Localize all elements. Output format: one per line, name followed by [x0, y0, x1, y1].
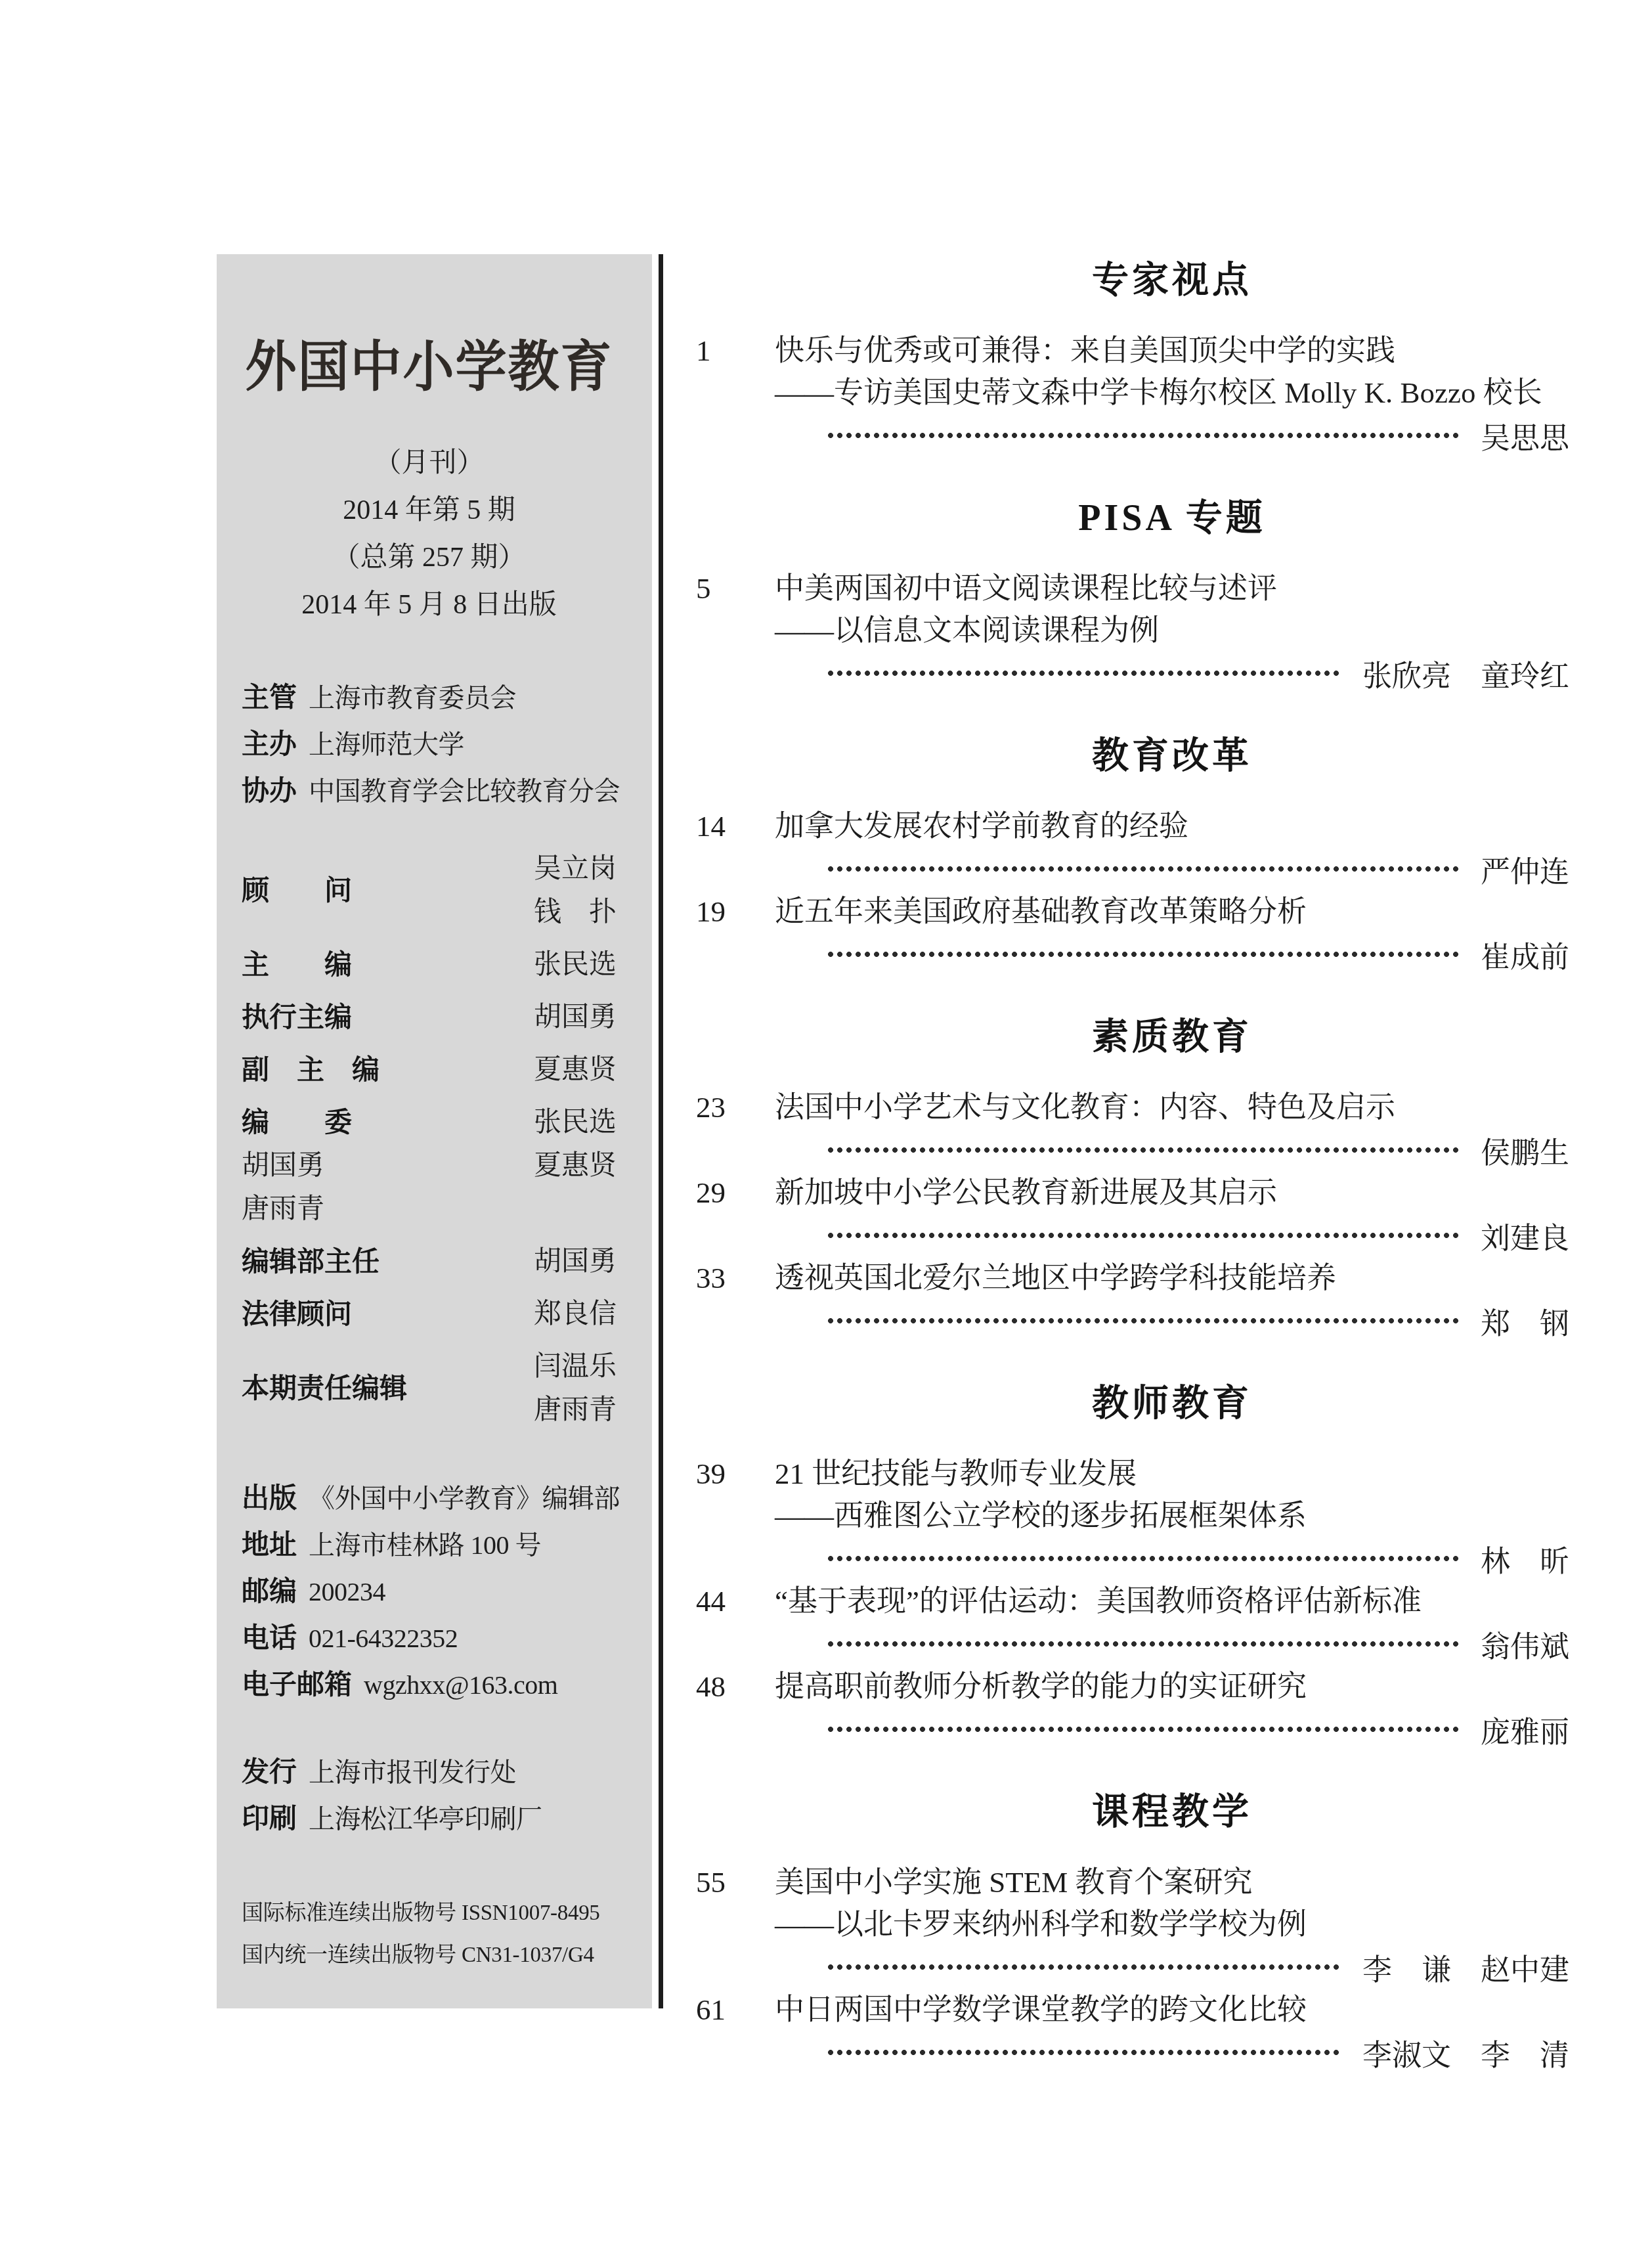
staff-name: 郑良信	[534, 1293, 617, 1336]
info-row: 主管上海市教育委员会	[242, 675, 617, 721]
toc-entry: 29新加坡中小学公民教育新进展及其启示刘建良	[696, 1172, 1569, 1257]
info-row: 电子邮箱wgzhxx@163.com	[242, 1662, 617, 1708]
toc-entry-authors: 崔成前	[1481, 933, 1569, 976]
journal-info-sidebar: 外国中小学教育 （月刊）2014 年第 5 期（总第 257 期）2014 年 …	[217, 254, 652, 2008]
toc-entry: 3921 世纪技能与教师专业发展——西雅图公立学校的逐步拓展框架体系林 昕	[696, 1453, 1569, 1580]
toc-entry: 33透视英国北爱尔兰地区中学跨学科技能培养郑 钢	[696, 1257, 1569, 1342]
toc-page-number: 5	[696, 567, 775, 695]
staff-label-column: 编 委胡国勇唐雨青	[242, 1101, 352, 1231]
toc-leader-row: 李淑文 李 清	[775, 2031, 1569, 2074]
staff-names-column: 胡国勇	[534, 1240, 617, 1283]
staff-names-column: 夏惠贤	[534, 1048, 617, 1092]
staff-row: 顾 问吴立岗钱 扑	[242, 847, 617, 934]
staff-row: 主 编张民选	[242, 943, 617, 986]
staff-role-label: 本期责任编辑	[242, 1367, 407, 1410]
dotted-leader	[826, 432, 1461, 439]
toc-section-title: 教育改革	[696, 733, 1569, 779]
toc-page-number: 61	[696, 1989, 775, 2074]
toc-entry-title-line: 美国中小学实施 STEM 教育个案研究	[775, 1861, 1569, 1903]
staff-label-column: 主 编	[242, 943, 352, 986]
issue-info-line: 2014 年 5 月 8 日出版	[242, 581, 617, 629]
toc-section-title: 课程教学	[696, 1789, 1569, 1835]
staff-name: 胡国勇	[534, 996, 617, 1039]
toc-entry-title-line: ——以北卡罗来纳州科学和数学学校为例	[775, 1903, 1569, 1945]
toc-entry-authors: 严仲连	[1481, 848, 1569, 891]
toc-page-number: 29	[696, 1172, 775, 1257]
toc-entry-title-line: 提高职前教师分析教学的能力的实证研究	[775, 1666, 1569, 1708]
toc-entry-body: “基于表现”的评估运动：美国教师资格评估新标准翁伟斌	[775, 1580, 1569, 1666]
serial-number-block: 国际标准连续出版物号 ISSN1007-8495国内统一连续出版物号 CN31-…	[242, 1892, 617, 1976]
toc-page-number: 55	[696, 1861, 775, 1989]
staff-role-label: 法律顾问	[242, 1293, 352, 1336]
staff-role-label: 副 主 编	[242, 1048, 380, 1092]
toc-entry-authors: 吴思思	[1481, 414, 1569, 457]
staff-role-label: 执行主编	[242, 996, 352, 1039]
toc-entry-title-line: 快乐与优秀或可兼得：来自美国顶尖中学的实践	[775, 330, 1569, 372]
toc-entry-authors: 林 昕	[1481, 1538, 1569, 1580]
toc-entry-body: 加拿大发展农村学前教育的经验严仲连	[775, 805, 1569, 891]
toc-entry-title-line: 法国中小学艺术与文化教育：内容、特色及启示	[775, 1086, 1569, 1128]
toc-section: 课程教学55美国中小学实施 STEM 教育个案研究——以北卡罗来纳州科学和数学学…	[696, 1789, 1569, 2074]
toc-leader-row: 张欣亮 童玲红	[775, 652, 1569, 695]
staff-row: 执行主编胡国勇	[242, 996, 617, 1039]
staff-name: 闫温乐	[534, 1345, 617, 1388]
toc-entry-body: 透视英国北爱尔兰地区中学跨学科技能培养郑 钢	[775, 1257, 1569, 1342]
toc-section-title: PISA 专题	[696, 495, 1569, 541]
issue-info-line: （总第 257 期）	[242, 534, 617, 581]
dotted-leader	[826, 1555, 1461, 1562]
dotted-leader	[826, 670, 1343, 676]
toc-entry-authors: 李 谦 赵中建	[1362, 1946, 1569, 1989]
toc-leader-row: 崔成前	[775, 933, 1569, 976]
toc-entry-title-line: 近五年来美国政府基础教育改革策略分析	[775, 891, 1569, 933]
info-row: 出版《外国中小学教育》编辑部	[242, 1475, 617, 1522]
toc-entry-title-line: 新加坡中小学公民教育新进展及其启示	[775, 1172, 1569, 1214]
toc-entry-body: 新加坡中小学公民教育新进展及其启示刘建良	[775, 1172, 1569, 1257]
toc-entry-body: 提高职前教师分析教学的能力的实证研究庞雅丽	[775, 1666, 1569, 1751]
toc-section: 专家视点1快乐与优秀或可兼得：来自美国顶尖中学的实践——专访美国史蒂文森中学卡梅…	[696, 257, 1569, 457]
dotted-leader	[826, 1232, 1461, 1239]
staff-row: 法律顾问郑良信	[242, 1293, 617, 1336]
info-value: 021-64322352	[309, 1616, 458, 1662]
issue-info-line: 2014 年第 5 期	[242, 487, 617, 534]
toc-entry-title-line: 透视英国北爱尔兰地区中学跨学科技能培养	[775, 1257, 1569, 1299]
staff-names-column: 张民选夏惠贤	[534, 1101, 617, 1187]
staff-name: 唐雨青	[534, 1388, 617, 1432]
toc-entry-title-line: ——以信息文本阅读课程为例	[775, 609, 1569, 652]
toc-section-title: 专家视点	[696, 257, 1569, 303]
toc-page-number: 44	[696, 1580, 775, 1666]
journal-title-calligraphy: 外国中小学教育	[242, 324, 617, 402]
journal-toc-page: { "page": {"background": "#ffffff", "sid…	[0, 0, 1652, 2258]
toc-leader-row: 刘建良	[775, 1214, 1569, 1257]
dotted-leader	[826, 866, 1461, 872]
distribution-print-block: 发行上海市报刊发行处印刷上海松江华亭印刷厂	[242, 1749, 617, 1842]
toc-entry: 44“基于表现”的评估运动：美国教师资格评估新标准翁伟斌	[696, 1580, 1569, 1666]
info-label: 邮编	[242, 1568, 297, 1614]
staff-label-column: 副 主 编	[242, 1048, 380, 1092]
toc-section: 教师教育3921 世纪技能与教师专业发展——西雅图公立学校的逐步拓展框架体系林 …	[696, 1381, 1569, 1751]
info-value: 《外国中小学教育》编辑部	[309, 1476, 620, 1522]
staff-label-column: 本期责任编辑	[242, 1367, 407, 1410]
toc-entry-authors: 翁伟斌	[1481, 1623, 1569, 1666]
toc-entry: 19近五年来美国政府基础教育改革策略分析崔成前	[696, 891, 1569, 976]
toc-entry-title-line: 加拿大发展农村学前教育的经验	[775, 805, 1569, 847]
toc-leader-row: 严仲连	[775, 847, 1569, 891]
toc-entry: 5中美两国初中语文阅读课程比较与述评——以信息文本阅读课程为例张欣亮 童玲红	[696, 567, 1569, 695]
toc-page-number: 19	[696, 891, 775, 976]
toc-entry: 1快乐与优秀或可兼得：来自美国顶尖中学的实践——专访美国史蒂文森中学卡梅尔校区 …	[696, 330, 1569, 457]
staff-role-label: 编 委	[242, 1101, 352, 1144]
info-label: 协办	[242, 768, 297, 814]
staff-row: 编 委胡国勇唐雨青张民选夏惠贤	[242, 1101, 617, 1231]
dotted-leader	[826, 1147, 1461, 1153]
toc-leader-row: 林 昕	[775, 1537, 1569, 1580]
dotted-leader	[826, 1641, 1461, 1647]
toc-entry-body: 美国中小学实施 STEM 教育个案研究——以北卡罗来纳州科学和数学学校为例李 谦…	[775, 1861, 1569, 1989]
issue-info-line: （月刊）	[242, 439, 617, 487]
toc-entry-authors: 庞雅丽	[1481, 1708, 1569, 1751]
toc-section: 教育改革14加拿大发展农村学前教育的经验严仲连19近五年来美国政府基础教育改革策…	[696, 733, 1569, 976]
toc-leader-row: 庞雅丽	[775, 1708, 1569, 1751]
toc-leader-row: 郑 钢	[775, 1299, 1569, 1342]
staff-name: 张民选	[534, 943, 617, 986]
staff-name: 唐雨青	[242, 1187, 352, 1231]
toc-page-number: 48	[696, 1666, 775, 1751]
info-label: 主管	[242, 675, 297, 720]
staff-names-column: 吴立岗钱 扑	[534, 847, 617, 934]
staff-role-label: 顾 问	[242, 869, 352, 912]
toc-entry: 14加拿大发展农村学前教育的经验严仲连	[696, 805, 1569, 891]
info-value: wgzhxx@163.com	[364, 1662, 557, 1708]
info-label: 出版	[242, 1475, 297, 1521]
info-label: 主办	[242, 721, 297, 767]
info-value: 上海松江华亭印刷厂	[309, 1796, 542, 1842]
staff-name: 胡国勇	[242, 1144, 352, 1187]
info-value: 上海市教育委员会	[309, 675, 516, 721]
toc-entry-body: 近五年来美国政府基础教育改革策略分析崔成前	[775, 891, 1569, 976]
toc-entry-body: 快乐与优秀或可兼得：来自美国顶尖中学的实践——专访美国史蒂文森中学卡梅尔校区 M…	[775, 330, 1569, 457]
info-value: 中国教育学会比较教育分会	[309, 768, 620, 814]
info-row: 印刷上海松江华亭印刷厂	[242, 1796, 617, 1842]
dotted-leader	[826, 2049, 1343, 2056]
info-row: 电话021-64322352	[242, 1615, 617, 1662]
staff-label-column: 编辑部主任	[242, 1240, 380, 1283]
toc-entry: 23法国中小学艺术与文化教育：内容、特色及启示侯鹏生	[696, 1086, 1569, 1172]
info-label: 印刷	[242, 1796, 297, 1842]
toc-entry-title-line: 中日两国中学数学课堂教学的跨文化比较	[775, 1989, 1569, 2031]
toc-entry: 61中日两国中学数学课堂教学的跨文化比较李淑文 李 清	[696, 1989, 1569, 2074]
staff-names-column: 闫温乐唐雨青	[534, 1345, 617, 1432]
toc-entry-body: 中日两国中学数学课堂教学的跨文化比较李淑文 李 清	[775, 1989, 1569, 2074]
info-row: 主办上海师范大学	[242, 721, 617, 768]
staff-row: 编辑部主任胡国勇	[242, 1240, 617, 1283]
staff-role-label: 主 编	[242, 943, 352, 986]
toc-leader-row: 李 谦 赵中建	[775, 1945, 1569, 1989]
toc-section: 素质教育23法国中小学艺术与文化教育：内容、特色及启示侯鹏生29新加坡中小学公民…	[696, 1014, 1569, 1342]
info-row: 地址上海市桂林路 100 号	[242, 1522, 617, 1568]
toc-entry-title-line: ——西雅图公立学校的逐步拓展框架体系	[775, 1495, 1569, 1537]
toc-entry-body: 21 世纪技能与教师专业发展——西雅图公立学校的逐步拓展框架体系林 昕	[775, 1453, 1569, 1580]
toc-page-number: 39	[696, 1453, 775, 1580]
staff-names-column: 张民选	[534, 943, 617, 986]
info-label: 电话	[242, 1615, 297, 1661]
staff-label-column: 顾 问	[242, 869, 352, 912]
info-value: 上海市桂林路 100 号	[309, 1522, 541, 1568]
info-row: 发行上海市报刊发行处	[242, 1749, 617, 1796]
sponsor-org-block: 主管上海市教育委员会主办上海师范大学协办中国教育学会比较教育分会	[242, 675, 617, 814]
staff-name: 夏惠贤	[534, 1144, 617, 1187]
info-label: 电子邮箱	[242, 1662, 352, 1708]
staff-row: 本期责任编辑闫温乐唐雨青	[242, 1345, 617, 1432]
toc-leader-row: 侯鹏生	[775, 1128, 1569, 1172]
staff-role-label: 编辑部主任	[242, 1240, 380, 1283]
serial-number-line: 国内统一连续出版物号 CN31-1037/G4	[242, 1934, 617, 1976]
dotted-leader	[826, 1317, 1461, 1324]
info-row: 协办中国教育学会比较教育分会	[242, 768, 617, 814]
toc-leader-row: 翁伟斌	[775, 1622, 1569, 1666]
staff-name: 钱 扑	[534, 891, 617, 934]
toc-entry-authors: 郑 钢	[1481, 1300, 1569, 1342]
toc-entry-authors: 侯鹏生	[1481, 1129, 1569, 1172]
toc-entry-body: 法国中小学艺术与文化教育：内容、特色及启示侯鹏生	[775, 1086, 1569, 1172]
editorial-staff-block: 顾 问吴立岗钱 扑主 编张民选执行主编胡国勇副 主 编夏惠贤编 委胡国勇唐雨青张…	[242, 847, 617, 1432]
staff-name: 胡国勇	[534, 1240, 617, 1283]
toc-entry-title-line: 21 世纪技能与教师专业发展	[775, 1453, 1569, 1495]
staff-names-column: 胡国勇	[534, 996, 617, 1039]
info-label: 发行	[242, 1749, 297, 1795]
dotted-leader	[826, 1964, 1343, 1970]
toc-entry-authors: 刘建良	[1481, 1214, 1569, 1257]
issue-info-block: （月刊）2014 年第 5 期（总第 257 期）2014 年 5 月 8 日出…	[242, 439, 617, 629]
staff-names-column: 郑良信	[534, 1293, 617, 1336]
toc-page-number: 23	[696, 1086, 775, 1172]
dotted-leader	[826, 951, 1461, 958]
toc-entry-body: 中美两国初中语文阅读课程比较与述评——以信息文本阅读课程为例张欣亮 童玲红	[775, 567, 1569, 695]
toc-section-title: 素质教育	[696, 1014, 1569, 1060]
toc-leader-row: 吴思思	[775, 414, 1569, 457]
staff-name: 吴立岗	[534, 847, 617, 891]
serial-number-line: 国际标准连续出版物号 ISSN1007-8495	[242, 1892, 617, 1934]
toc-entry: 55美国中小学实施 STEM 教育个案研究——以北卡罗来纳州科学和数学学校为例李…	[696, 1861, 1569, 1989]
staff-row: 副 主 编夏惠贤	[242, 1048, 617, 1092]
toc-section-title: 教师教育	[696, 1381, 1569, 1427]
staff-name: 张民选	[534, 1101, 617, 1144]
toc-section: PISA 专题5中美两国初中语文阅读课程比较与述评——以信息文本阅读课程为例张欣…	[696, 495, 1569, 695]
vertical-divider-rule	[659, 254, 663, 2008]
table-of-contents: 专家视点1快乐与优秀或可兼得：来自美国顶尖中学的实践——专访美国史蒂文森中学卡梅…	[696, 257, 1569, 2074]
staff-label-column: 法律顾问	[242, 1293, 352, 1336]
toc-page-number: 33	[696, 1257, 775, 1342]
staff-name: 夏惠贤	[534, 1048, 617, 1092]
info-value: 200234	[309, 1569, 385, 1615]
toc-entry-authors: 张欣亮 童玲红	[1362, 652, 1569, 695]
toc-entry-authors: 李淑文 李 清	[1362, 2031, 1569, 2074]
toc-entry-title-line: “基于表现”的评估运动：美国教师资格评估新标准	[775, 1580, 1569, 1622]
info-label: 地址	[242, 1522, 297, 1568]
publisher-contact-block: 出版《外国中小学教育》编辑部地址上海市桂林路 100 号邮编200234电话02…	[242, 1475, 617, 1708]
toc-entry-title-line: ——专访美国史蒂文森中学卡梅尔校区 Molly K. Bozzo 校长	[775, 372, 1569, 414]
dotted-leader	[826, 1726, 1461, 1733]
toc-entry: 48提高职前教师分析教学的能力的实证研究庞雅丽	[696, 1666, 1569, 1751]
staff-label-column: 执行主编	[242, 996, 352, 1039]
info-value: 上海市报刊发行处	[309, 1750, 516, 1796]
info-row: 邮编200234	[242, 1568, 617, 1615]
toc-page-number: 1	[696, 330, 775, 457]
toc-entry-title-line: 中美两国初中语文阅读课程比较与述评	[775, 567, 1569, 609]
toc-page-number: 14	[696, 805, 775, 891]
info-value: 上海师范大学	[309, 722, 464, 768]
